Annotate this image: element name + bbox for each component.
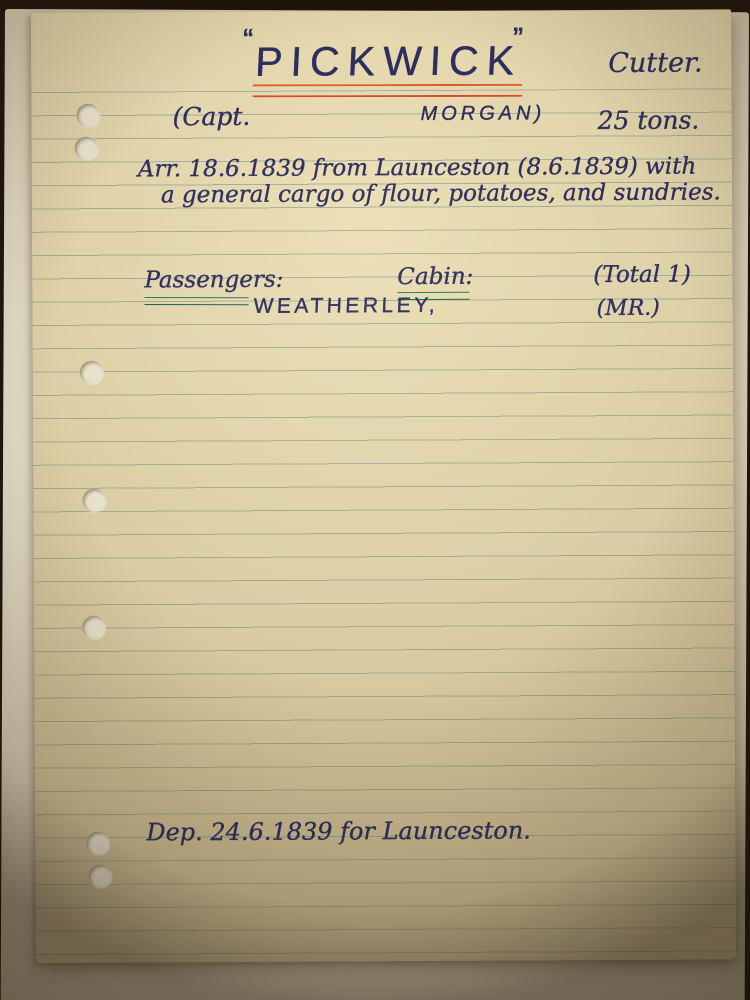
punch-hole <box>75 137 98 160</box>
passenger-honorific: (MR.) <box>596 296 659 321</box>
punch-hole <box>86 832 109 855</box>
captain-name: MORGAN) <box>420 102 545 126</box>
title-quote-close: ” <box>513 22 523 56</box>
departure-line: Dep. 24.6.1839 for Launceston. <box>146 816 531 846</box>
punch-hole <box>80 361 103 384</box>
ruled-paper: “ PICKWICK ” Cutter. (Capt. MORGAN) 25 t… <box>31 9 736 963</box>
arrival-line-1: Arr. 18.6.1839 from Launceston (8.6.1839… <box>138 154 697 183</box>
punch-hole <box>76 104 99 127</box>
punch-hole <box>88 865 111 888</box>
arrival-line-2: a general cargo of flour, potatoes, and … <box>161 179 721 208</box>
passengers-total: (Total 1) <box>593 262 691 289</box>
title-underline <box>252 84 522 97</box>
passenger-name: WEATHERLEY, <box>253 294 439 319</box>
captain-prefix: (Capt. <box>172 102 250 131</box>
photo-scene: “ PICKWICK ” Cutter. (Capt. MORGAN) 25 t… <box>0 0 750 1000</box>
passengers-underline <box>145 297 249 305</box>
title-quote-open: “ <box>243 24 253 58</box>
passengers-heading: Passengers: <box>144 267 283 294</box>
tonnage: 25 tons. <box>597 106 699 136</box>
punch-hole <box>82 616 105 639</box>
cabin-heading: Cabin: <box>397 264 473 290</box>
punch-hole <box>82 489 105 512</box>
vessel-type: Cutter. <box>608 47 702 78</box>
ship-name: PICKWICK <box>254 37 523 85</box>
